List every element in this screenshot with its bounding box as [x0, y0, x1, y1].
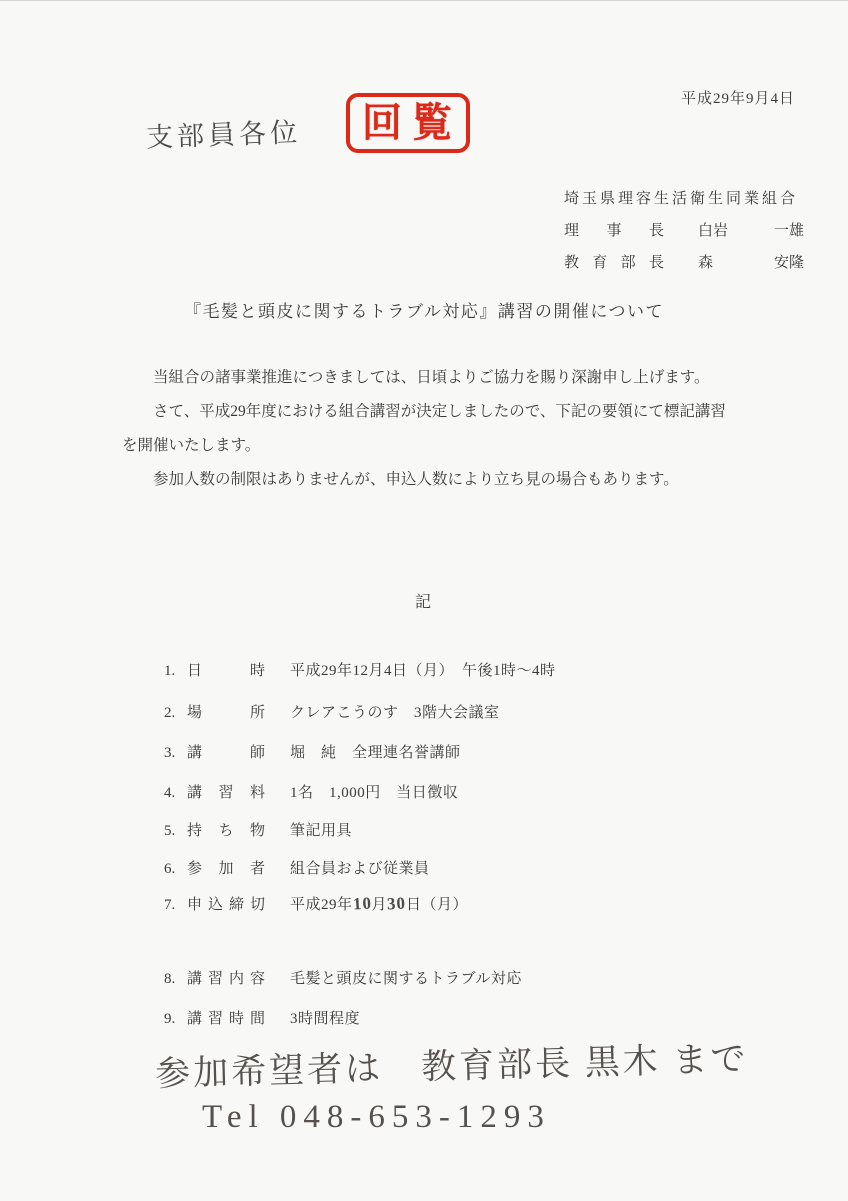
item-row: 7.申込締切平成29年10月30日（月）	[164, 893, 468, 914]
item-label: 講師	[187, 741, 265, 762]
org-block: 埼玉県理容生活衛生同業組合 理事長白岩一雄教育部長森安隆	[564, 187, 804, 272]
item-value: クレアこうのす 3階大会議室	[290, 701, 500, 722]
officer-role-char: 長	[649, 251, 664, 272]
officer-role: 教育部長	[564, 251, 664, 272]
item-label: 参加者	[187, 857, 265, 878]
item-label: 講習時間	[187, 1007, 265, 1028]
document-date: 平成29年9月4日	[681, 87, 795, 108]
item-label-char: 加	[218, 857, 233, 878]
item-row: 6.参加者組合員および従業員	[164, 857, 430, 878]
item-label: 日時	[187, 659, 265, 680]
officer-row: 教育部長森安隆	[564, 251, 804, 272]
officer-role-char: 教	[564, 251, 579, 272]
recipient-handwritten: 支部員各位	[145, 110, 301, 154]
item-row: 2.場所クレアこうのす 3階大会議室	[164, 701, 500, 722]
officer-name: 森安隆	[698, 251, 804, 272]
officer-role-char: 部	[621, 251, 636, 272]
item-label-char: 講	[187, 1007, 202, 1028]
officer-name-part: 一雄	[774, 219, 804, 240]
document-page: 平成29年9月4日 支部員各位 回覧 埼玉県理容生活衛生同業組合 理事長白岩一雄…	[0, 0, 848, 1201]
item-number: 5.	[164, 823, 187, 840]
officer-name-part: 森	[698, 251, 713, 272]
item-label-char: ち	[218, 819, 233, 840]
item-number: 1.	[164, 663, 187, 680]
item-value: 組合員および従業員	[290, 857, 430, 878]
item-label-char: 申	[187, 893, 202, 914]
item-label-char: 切	[250, 893, 265, 914]
document-title: 『毛髪と頭皮に関するトラブル対応』講習の開催について	[0, 297, 848, 322]
item-label-char: 容	[250, 967, 265, 988]
officer-role-char: 育	[592, 251, 607, 272]
item-number: 2.	[164, 705, 187, 722]
item-value: 3時間程度	[290, 1007, 360, 1028]
item-value-text: 平成29年	[290, 897, 353, 913]
officer-role-char: 事	[606, 219, 621, 240]
item-label-char: 習	[208, 1007, 223, 1028]
body-paragraph: 当組合の諸事業推進につきましては、日頃よりご協力を賜り深謝申し上げます。	[122, 361, 740, 395]
item-row: 4.講習料1名 1,000円 当日徴収	[164, 781, 458, 802]
item-label-char: 内	[229, 967, 244, 988]
item-row: 9.講習時間3時間程度	[164, 1007, 360, 1028]
item-value: 堀 純 全理連名誉講師	[290, 741, 461, 762]
item-value: 平成29年12月4日（月） 午後1時～4時	[290, 659, 556, 680]
item-label-char: 習	[218, 781, 233, 802]
item-number: 3.	[164, 745, 187, 762]
body-paragraph: 参加人数の制限はありませんが、申込人数により立ち見の場合もあります。	[122, 463, 740, 497]
officer-role-char: 理	[564, 219, 579, 240]
item-row: 8.講習内容毛髪と頭皮に関するトラブル対応	[164, 967, 522, 988]
item-value: 1名 1,000円 当日徴収	[290, 781, 458, 802]
item-label-char: 習	[208, 967, 223, 988]
org-name: 埼玉県理容生活衛生同業組合	[564, 187, 804, 208]
item-label-char: 締	[229, 893, 244, 914]
item-label: 場所	[187, 701, 265, 722]
item-number: 9.	[164, 1011, 187, 1028]
item-label-char: 持	[187, 819, 202, 840]
item-value-text: 日（月）	[406, 897, 468, 913]
circulation-stamp: 回覧	[346, 93, 470, 153]
item-row: 5.持ち物筆記用具	[164, 819, 352, 840]
item-label-char: 時	[250, 659, 265, 680]
item-label-char: 時	[229, 1007, 244, 1028]
handwritten-note: 参加希望者は 教育部長 黒木 まで	[154, 1031, 749, 1097]
item-row: 1.日時平成29年12月4日（月） 午後1時～4時	[164, 659, 556, 680]
handwritten-correction: 10	[352, 894, 372, 915]
body-paragraphs: 当組合の諸事業推進につきましては、日頃よりご協力を賜り深謝申し上げます。さて、平…	[122, 361, 740, 497]
officer-name-part: 安隆	[774, 251, 804, 272]
item-label-char: 込	[208, 893, 223, 914]
item-number: 6.	[164, 861, 187, 878]
handwritten-correction: 30	[387, 894, 407, 915]
item-value: 平成29年10月30日（月）	[290, 893, 468, 914]
item-label-char: 者	[250, 857, 265, 878]
item-number: 4.	[164, 785, 187, 802]
officer-name: 白岩一雄	[698, 219, 804, 240]
item-label-char: 間	[250, 1007, 265, 1028]
item-label-char: 所	[250, 701, 265, 722]
item-label-char: 場	[187, 701, 202, 722]
officer-row: 理事長白岩一雄	[564, 219, 804, 240]
item-value-text: 月	[372, 897, 388, 913]
item-row: 3.講師堀 純 全理連名誉講師	[164, 741, 461, 762]
officer-role-char: 長	[649, 219, 664, 240]
item-label: 講習内容	[187, 967, 265, 988]
officers-list: 理事長白岩一雄教育部長森安隆	[564, 219, 804, 272]
item-label-char: 講	[187, 781, 202, 802]
item-number: 8.	[164, 971, 187, 988]
item-value: 毛髪と頭皮に関するトラブル対応	[290, 967, 522, 988]
officer-role: 理事長	[564, 219, 664, 240]
item-value: 筆記用具	[290, 819, 352, 840]
item-label: 持ち物	[187, 819, 265, 840]
item-label-char: 講	[187, 741, 202, 762]
item-label-char: 参	[187, 857, 202, 878]
item-label-char: 日	[187, 659, 202, 680]
item-label-char: 師	[250, 741, 265, 762]
record-marker: 記	[0, 589, 848, 612]
item-label-char: 物	[250, 819, 265, 840]
item-label: 講習料	[187, 781, 265, 802]
item-label-char: 講	[187, 967, 202, 988]
officer-name-part: 白岩	[698, 219, 728, 240]
handwritten-phone: Tel 048-653-1293	[202, 1099, 551, 1136]
item-label: 申込締切	[187, 893, 265, 914]
body-paragraph: さて、平成29年度における組合講習が決定しましたので、下記の要領にて標記講習を開…	[122, 395, 740, 463]
item-label-char: 料	[250, 781, 265, 802]
item-number: 7.	[164, 897, 187, 914]
